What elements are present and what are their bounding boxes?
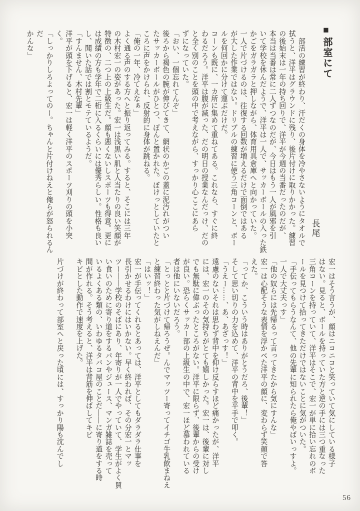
page-number: 56 [343,493,352,502]
upper-text-band: 部活の練習が終わり、汗だくの身体を冷やさないようにタオルで拭うと、洋平はグラウン… [30,30,306,258]
text-column: 片づけが終わって部室へと戻った頃には、すっかり陽も沈んでし [55,258,65,494]
text-column: 拭うと、洋平はグラウンドに残り、後片付けに取りかかった。練習 [287,30,297,258]
section-title: ■部室にて [319,26,333,79]
text-column: 宏一が手伝ってくれるとあっては、洋平としてもダラダラ仕事を [132,258,142,494]
text-column: 一人で大丈夫っす」 [278,258,288,494]
text-column: 「うえー……、あ、あざっす！」 [220,258,230,494]
text-column: が大した作業ではない。ドリブルの練習に使う三角コーンと、ボー [228,30,238,258]
text-column: 宏一はそう言うが、顔はニコニコと笑っていて気にしている様子 [326,258,336,494]
text-column: 洋平が頭を下げると、宏一は軽く洋平のスポーツ刈りの頭を小突 [63,30,73,258]
text-column: 「とっとと片づけて帰ろうぜ。んでマッツー寄ってイチゴ牛乳飲まねえ [161,258,171,494]
text-column: 三角コーンを持っていて、洋平はそこで、宏一が単に拾い忘れのボ [307,258,317,494]
text-column: はない。見ると、ボールを持っていた方と逆の手には三つ重なった [317,258,327,494]
text-column: いるよくある類の、いわゆるタバコ屋のことだ――に寄り道をする時 [93,258,103,494]
text-column: 長引かせるわけにはいかない。早く終われば、その分宏一とマッ [123,258,133,494]
text-column: 後ろから褐色の腕が伸びてきて、網状のかごの蓋に泥汚れがつい [160,30,170,258]
text-column: わるだろう。洋平は腹が減った、だの明日の授業なんだっけ、だの [199,30,209,258]
scanned-page: ■部室にて 長尾 部活の練習が終わり、汗だくの身体を冷やさないようにタオルで拭う… [0,0,360,511]
text-column: キビとした動作で速度を上げた。 [74,258,84,494]
text-column: ツー――学校のそばにあり、年寄りが一人でやっていて、学生がよく買 [113,258,123,494]
text-column: 遠慮のないそれは思わず背中を仰け反らすほど痛かったが、洋平 [210,258,220,494]
text-column: 「他の奴らには先帰るって言ってきたから気にすんな」 [268,258,278,494]
text-column: よく通る声のする方へと振り返ってみる。すると、そこには三年 [122,30,132,258]
text-column: 「俺の一年、冷てえなぁ」 [131,30,141,258]
text-column: かごをガラガラと押しながら、体育用具倉庫へと向かっていた。 [248,30,258,258]
text-column: ずになっていた。 [180,30,190,258]
text-column: ールを見つけて拾ってきただけではないことに気がついた。 [297,258,307,494]
text-column: は成績の方も学年で二桁に入るくらいには優秀らしい。性格も良い [93,30,103,258]
text-column: の木村宏一の姿があった。宏一は浅黒い肌と人当たりの良い笑顔が [112,30,122,258]
text-column: と全く別のことを頭の中で考えながら、すっかり心ここにあら [190,30,200,258]
text-column: えた。 [249,258,259,494]
text-column: たサッカーボールがひとつ、ぽんと置かれた。ぼけっとしていたと [151,30,161,258]
text-column: 一人で片づけるのは、往復する回数が増えるだけで面倒ではある [238,30,248,258]
text-column: が良い。恐らくサッカー部の上級生の中で、宏一ほど慕われている [181,258,191,494]
text-column: でも無駄に偉ぶったところがない。洋平に限らず、後輩からの受け [190,258,200,494]
text-column: かんな」 [25,30,35,258]
text-column: し、聞いた話では割とモテているようだ。 [83,30,93,258]
text-column: 「ってか、こういう時はありがとうだろ、後輩！」 [239,258,249,494]
text-column: 「すんません、木村先輩」 [73,30,83,258]
text-column: 「しっかりしろよってのー。ちゃんと片付けねえと俺らが怒られるんだ [34,30,53,258]
text-column: く。 [54,30,64,258]
text-column: 部活の練習が終わり、汗だくの身体を冷やさないようにタオルで [296,30,306,258]
text-column: 本当は当番は常に二人ずつなのだが、今日はもう一人が風邪を引 [267,30,277,258]
text-column: コーンも既に、一カ所に集めて重ねてある。これなら、すぐに終 [209,30,219,258]
text-column: い食いのために寄り道をするパンやジュース、マンガ雑誌を売って [103,258,113,494]
text-column: 宏一は心配そうな表情を浮かべた洋平の顔に、変わらず笑顔で答 [258,258,268,494]
text-column: 間が作れる。そう考えると、洋平は背筋を伸ばしてキビ [84,258,94,494]
text-column: と練習終わった気がしねえんだ」 [152,258,162,494]
text-column: の後始末は一年の持ち回りで、洋平が今週の当番だったのだが、 [277,30,287,258]
text-column: 特徴の、二つ上の上級生だ。顔も悪くないしスポーツも得意。更に [102,30,112,258]
lower-text-band: 宏一はそう言うが、顔はニコニコと笑っていて気にしている様子はない。見ると、ボール… [48,258,336,494]
text-column: いて学校を休んだようで、洋平は一人で、サッカーボールの入った鉄 [257,30,267,258]
text-column: ルを何回かに分けて運ぶだけだ。 [219,30,229,258]
text-column [64,258,74,494]
text-column: 「おい、一個忘れてんぞ」 [170,30,180,258]
text-column: そして思い切りの力を込めて、洋平の背中を平手で叩く。 [229,258,239,494]
text-column: 「はいッ！」 [142,258,152,494]
text-column: 「手伝ってもらうなんて、他の先輩に知られたら俺やばいっすよ。 [287,258,297,494]
text-column: ころに声をかけられ、反射的に身体が跳ねる。 [141,30,151,258]
author-name: 長尾 [310,219,322,238]
text-column: 者は他にいないだろう。 [171,258,181,494]
text-column: には、宏一のその気持ちがとても嬉しかった。宏一は、後輩に対し [200,258,210,494]
